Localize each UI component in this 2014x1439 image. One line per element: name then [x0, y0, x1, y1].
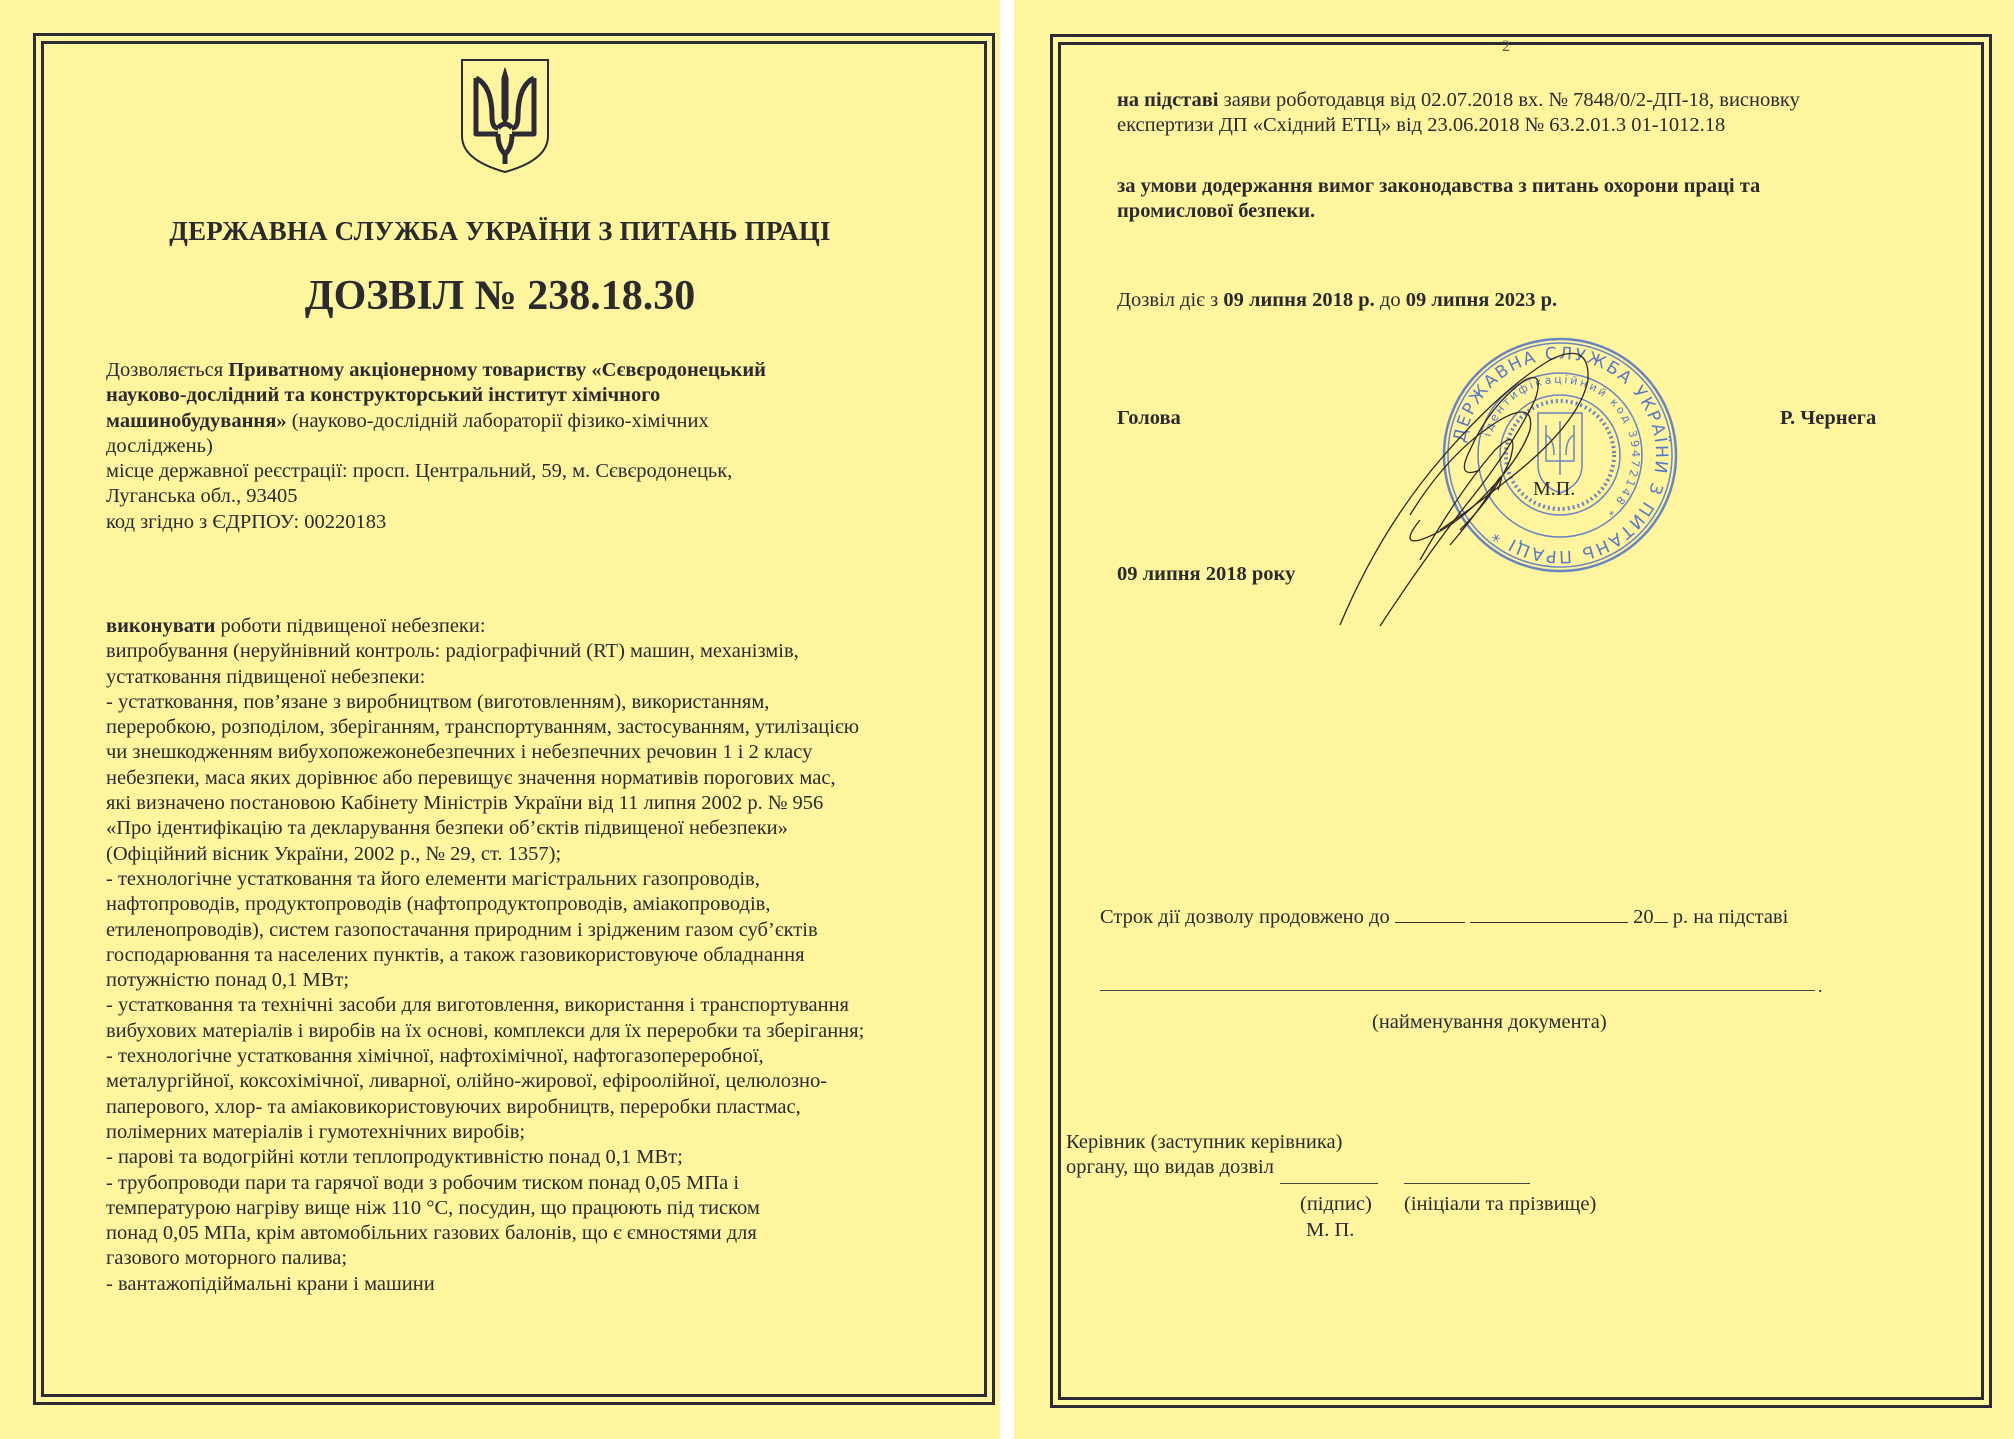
- basis-text: експертизи ДП «Східний ЕТЦ» від 23.06.20…: [1117, 113, 1800, 138]
- extension-prefix: Строк дії дозволу продовжено до: [1100, 906, 1390, 928]
- signature-caption: (підпис): [1300, 1192, 1372, 1217]
- validity-mid: до: [1375, 289, 1406, 311]
- signing-date: 09 липня 2018 року: [1117, 562, 1295, 587]
- works-list-item: - технологічне устатковання та його елем…: [106, 867, 966, 892]
- coat-of-arms-trident-icon: [458, 56, 552, 174]
- works-heading: роботи підвищеної небезпеки:: [215, 615, 485, 637]
- extension-year-blank: [1654, 904, 1668, 923]
- seal-place-caption: М. П.: [1306, 1218, 1354, 1243]
- works-list-item: (Офіційний вісник України, 2002 р., № 29…: [106, 842, 966, 867]
- works-list-item: устатковання підвищеної небезпеки:: [106, 665, 966, 690]
- works-list-item: - устатковання та технічні засоби для ви…: [106, 993, 966, 1018]
- works-list-item: випробування (неруйнівний контроль: раді…: [106, 639, 966, 664]
- conditions-text: за умови додержання вимог законодавства …: [1117, 174, 1760, 199]
- conditions-text: промислової безпеки.: [1117, 199, 1760, 224]
- grantee-edrpou: код згідно з ЄДРПОУ: 00220183: [106, 510, 966, 535]
- works-block: виконувати роботи підвищеної небезпеки: …: [106, 614, 966, 1297]
- extension-month-blank: [1470, 904, 1628, 923]
- works-list-item: металургійної, коксохімічної, ливарної, …: [106, 1069, 966, 1094]
- works-list-item: потужністю понад 0,1 МВт;: [106, 968, 966, 993]
- head-title: Голова: [1117, 406, 1181, 431]
- grantee-name-part: науково-дослідний та конструкторський ін…: [106, 383, 966, 408]
- works-list-item: температурою нагріву вище ніж 110 °С, по…: [106, 1196, 966, 1221]
- works-list-item: чи знешкодженням вибухопожежонебезпечних…: [106, 740, 966, 765]
- grantee-name-part: Приватному акціонерному товариству «Сєвє…: [228, 359, 766, 381]
- signature-blank: [1280, 1183, 1378, 1184]
- works-heading-verb: виконувати: [106, 615, 215, 637]
- document-name-blank: [1100, 990, 1815, 991]
- permit-page-1: ДЕРЖАВНА СЛУЖБА УКРАЇНИ З ПИТАНЬ ПРАЦІ Д…: [0, 0, 1000, 1439]
- signature-scribble: [1320, 330, 1650, 630]
- grantee-subdivision: досліджень): [106, 434, 966, 459]
- extension-suffix: р. на підставі: [1673, 906, 1789, 928]
- grantee-address: Луганська обл., 93405: [106, 484, 966, 509]
- works-list-item: нафтопроводів, продуктопроводів (нафтопр…: [106, 892, 966, 917]
- works-list-item: - устатковання, пов’язане з виробництвом…: [106, 690, 966, 715]
- validity-prefix: Дозвіл діє з: [1117, 289, 1223, 311]
- works-list-item: - технологічне устатковання хімічної, на…: [106, 1044, 966, 1069]
- valid-from-date: 09 липня 2018 р.: [1223, 289, 1374, 311]
- works-list-item: вибухових матеріалів і виробів на їх осн…: [106, 1019, 966, 1044]
- permit-title: ДОЗВІЛ № 238.18.30: [0, 272, 1000, 320]
- grantee-prefix: Дозволяється: [106, 359, 228, 381]
- works-list: випробування (неруйнівний контроль: раді…: [106, 639, 966, 1297]
- works-list-item: паперового, хлор- та аміаковикористовуюч…: [106, 1095, 966, 1120]
- works-list-item: господарювання та населених пунктів, а т…: [106, 943, 966, 968]
- works-list-item: переробкою, розподілом, зберіганням, тра…: [106, 715, 966, 740]
- works-list-item: газового моторного палива;: [106, 1246, 966, 1271]
- issuing-authority-signatory: Керівник (заступник керівника) органу, щ…: [1066, 1130, 1342, 1181]
- works-list-item: - парові та водогрійні котли теплопродук…: [106, 1145, 966, 1170]
- works-list-item: етиленопроводів), систем газопостачання …: [106, 918, 966, 943]
- validity-period: Дозвіл діє з 09 липня 2018 р. до 09 липн…: [1117, 288, 1557, 313]
- page-number: 2: [1502, 38, 1510, 56]
- works-list-item: понад 0,05 МПа, крім автомобільних газов…: [106, 1221, 966, 1246]
- grantee-subdivision: (науково-дослідній лабораторії фізико-хі…: [287, 410, 709, 432]
- conditions-block: за умови додержання вимог законодавства …: [1117, 174, 1760, 225]
- basis-label: на підставі: [1117, 89, 1219, 111]
- name-blank: [1404, 1183, 1530, 1184]
- grantee-name-part: машинобудування»: [106, 410, 287, 432]
- valid-to-date: 09 липня 2023 р.: [1406, 289, 1557, 311]
- basis-block: на підставі заяви роботодавця від 02.07.…: [1117, 88, 1800, 139]
- agency-title: ДЕРЖАВНА СЛУЖБА УКРАЇНИ З ПИТАНЬ ПРАЦІ: [0, 216, 1000, 247]
- works-list-item: небезпеки, маса яких дорівнює або переви…: [106, 766, 966, 791]
- works-list-item: які визначено постановою Кабінету Мініст…: [106, 791, 966, 816]
- grantee-address: місце державної реєстрації: просп. Центр…: [106, 459, 966, 484]
- works-list-item: - трубопроводи пари та гарячої води з ро…: [106, 1171, 966, 1196]
- extension-year-prefix: 20: [1633, 906, 1654, 928]
- basis-text: заяви роботодавця від 02.07.2018 вх. № 7…: [1219, 89, 1800, 111]
- extension-day-blank: [1395, 904, 1465, 923]
- document-name-dot: .: [1818, 976, 1823, 997]
- extension-line: Строк дії дозволу продовжено до 20 р. на…: [1100, 904, 1788, 930]
- works-list-item: - вантажопідіймальні крани і машини: [106, 1272, 966, 1297]
- signatory-label: органу, що видав дозвіл: [1066, 1155, 1342, 1180]
- document-name-caption: (найменування документа): [1372, 1010, 1607, 1035]
- works-list-item: «Про ідентифікацію та декларування безпе…: [106, 816, 966, 841]
- name-caption: (ініціали та прізвище): [1404, 1192, 1596, 1217]
- head-name: Р. Чернега: [1780, 406, 1876, 431]
- works-list-item: полімерних матеріалів і гумотехнічних ви…: [106, 1120, 966, 1145]
- grantee-block: Дозволяється Приватному акціонерному тов…: [106, 358, 966, 535]
- signatory-label: Керівник (заступник керівника): [1066, 1130, 1342, 1155]
